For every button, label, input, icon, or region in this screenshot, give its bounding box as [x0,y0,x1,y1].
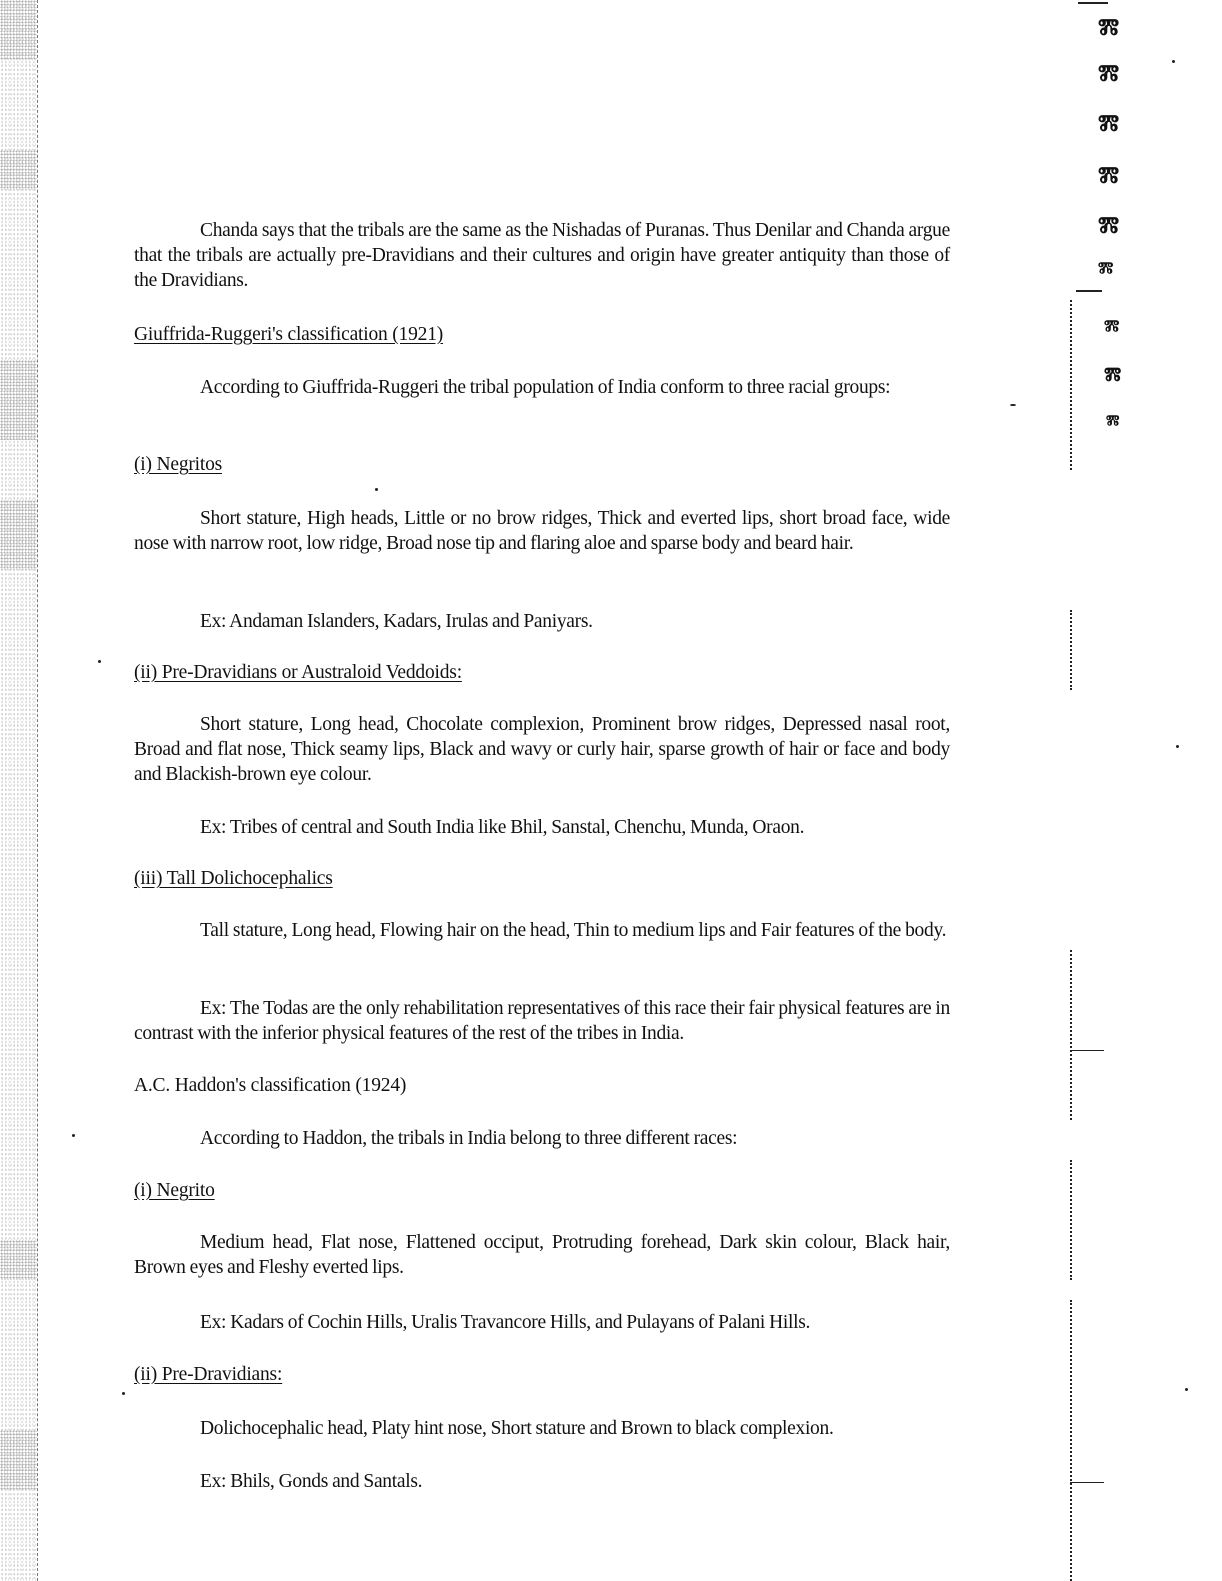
group-description: Short stature, Long head, Chocolate comp… [134,712,950,787]
punch-hole-mark-icon: Ⰿ [1106,414,1119,428]
punch-hole-mark-icon: Ⰿ [1104,366,1121,384]
group-title-pre-dravidians-australoid: (ii) Pre-Dravidians or Australoid Veddoi… [134,660,462,685]
scan-noise-band [0,150,37,190]
scan-noise-band [0,360,37,440]
scan-speck [72,1134,75,1137]
punch-hole-mark-icon: Ⰿ [1098,112,1119,134]
punch-hole-mark-icon: Ⰿ [1098,164,1119,186]
punch-hole-mark-icon: Ⰿ [1104,318,1119,334]
scan-speck [98,660,101,663]
scan-margin-dots [1070,1160,1072,1280]
scan-speck [1172,60,1175,63]
scan-margin-mark [1078,2,1108,4]
punch-hole-mark-icon: Ⰿ [1098,62,1119,84]
scan-margin-mark [1070,1482,1104,1483]
scan-binding-noise [0,0,37,1581]
group-description: Short stature, High heads, Little or no … [134,506,950,556]
group-title-tall-dolichocephalics: (iii) Tall Dolichocephalics [134,866,333,891]
punch-hole-mark-icon: Ⰿ [1098,260,1113,276]
scan-margin-dots [1070,1300,1072,1581]
section-heading-giuffrida-ruggeri: Giuffrida-Ruggeri's classification (1921… [134,322,443,347]
scan-noise-band [0,1240,37,1280]
scan-speck [375,488,378,491]
scan-margin-dots [1070,950,1072,1120]
group-title-negrito: (i) Negrito [134,1178,215,1203]
section-intro: According to Haddon, the tribals in Indi… [134,1126,950,1151]
scan-speck [1185,1388,1188,1391]
scan-margin-mark [1076,290,1102,292]
group-title-negritos: (i) Negritos [134,452,222,477]
scan-noise-band [0,0,37,60]
scan-margin-dots [1070,300,1072,470]
punch-hole-mark-icon: Ⰿ [1098,214,1119,236]
group-example: Ex: Tribes of central and South India li… [134,815,950,840]
punch-hole-mark-icon: Ⰿ [1098,16,1119,38]
intro-paragraph: Chanda says that the tribals are the sam… [134,218,950,293]
group-description: Medium head, Flat nose, Flattened occipu… [134,1230,950,1280]
section-intro: According to Giuffrida-Ruggeri the triba… [134,375,950,400]
group-example: Ex: Bhils, Gonds and Santals. [134,1469,950,1494]
group-example: Ex: The Todas are the only rehabilitatio… [134,996,950,1046]
group-example: Ex: Andaman Islanders, Kadars, Irulas an… [134,609,950,634]
scan-margin-mark [1070,1050,1104,1051]
scan-page-edge [37,0,38,1581]
scan-speck [122,1392,125,1395]
scan-speck [1010,404,1016,406]
scan-margin-dots [1070,610,1072,690]
scan-noise-band [0,1430,37,1490]
group-description: Tall stature, Long head, Flowing hair on… [134,918,950,943]
group-description: Dolichocephalic head, Platy hint nose, S… [134,1416,950,1441]
section-heading-haddon: A.C. Haddon's classification (1924) [134,1073,406,1098]
scan-speck [1176,745,1179,748]
scan-noise-band [0,500,37,570]
group-title-pre-dravidians: (ii) Pre-Dravidians: [134,1362,282,1387]
group-example: Ex: Kadars of Cochin Hills, Uralis Trava… [134,1310,950,1335]
